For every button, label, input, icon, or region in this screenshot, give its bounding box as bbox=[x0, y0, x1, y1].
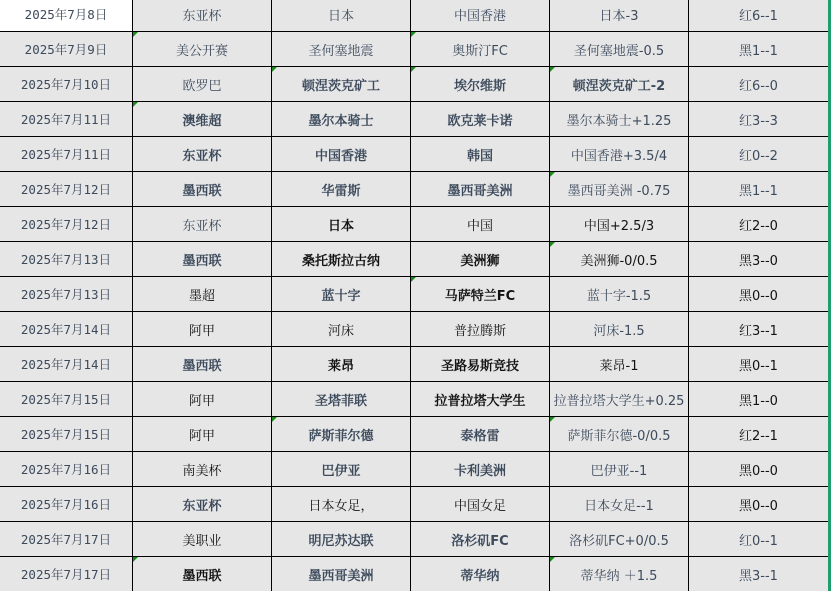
cell-league[interactable]: 欧罗巴 bbox=[133, 67, 272, 101]
cell-home[interactable]: 顿涅茨克矿工 bbox=[272, 67, 411, 101]
cell-handicap[interactable]: 莱昂-1 bbox=[550, 347, 689, 381]
cell-league[interactable]: 墨超 bbox=[133, 277, 272, 311]
comment-indicator-icon bbox=[133, 557, 138, 562]
table-row: 2025年7月10日 欧罗巴 顿涅茨克矿工 埃尔维斯 顿涅茨克矿工-2 红6--… bbox=[0, 67, 828, 102]
comment-indicator-icon bbox=[272, 67, 277, 72]
cell-result[interactable]: 红6--0 bbox=[689, 67, 828, 101]
comment-indicator-icon bbox=[133, 32, 138, 37]
cell-handicap[interactable]: 圣何塞地震-0.5 bbox=[550, 32, 689, 66]
cell-date[interactable]: 2025年7月13日 bbox=[0, 277, 133, 311]
table-row: 2025年7月15日 阿甲 圣塔菲联 拉普拉塔大学生 拉普拉塔大学生+0.25 … bbox=[0, 382, 828, 417]
table-row: 2025年7月15日 阿甲 萨斯菲尔德 泰格雷 萨斯菲尔德-0/0.5 红2--… bbox=[0, 417, 828, 452]
table-row: 2025年7月13日 墨西联 桑托斯拉古纳 美洲狮 美洲狮-0/0.5 黑3--… bbox=[0, 242, 828, 277]
cell-result[interactable]: 红0--2 bbox=[689, 137, 828, 171]
cell-date[interactable]: 2025年7月8日 bbox=[0, 0, 133, 31]
cell-league[interactable]: 美职业 bbox=[133, 522, 272, 556]
cell-home[interactable]: 莱昂 bbox=[272, 347, 411, 381]
cell-handicap[interactable]: 洛杉矶FC+0/0.5 bbox=[550, 522, 689, 556]
cell-text: 蒂华纳 ＋1.5 bbox=[581, 565, 658, 584]
cell-handicap[interactable]: 日本-3 bbox=[550, 0, 689, 31]
cell-date[interactable]: 2025年7月17日 bbox=[0, 522, 133, 556]
cell-away[interactable]: 马萨特兰FC bbox=[411, 277, 550, 311]
cell-home[interactable]: 华雷斯 bbox=[272, 172, 411, 206]
cell-result[interactable]: 黑0--0 bbox=[689, 487, 828, 521]
cell-away[interactable]: 欧克莱卡诺 bbox=[411, 102, 550, 136]
cell-result[interactable]: 黑1--1 bbox=[689, 172, 828, 206]
cell-handicap[interactable]: 蒂华纳 ＋1.5 bbox=[550, 557, 689, 591]
cell-text: 埃尔维斯 bbox=[454, 75, 506, 94]
cell-handicap[interactable]: 中国+2.5/3 bbox=[550, 207, 689, 241]
cell-handicap[interactable]: 巴伊亚--1 bbox=[550, 452, 689, 486]
cell-away[interactable]: 美洲狮 bbox=[411, 242, 550, 276]
cell-text: 墨西联 bbox=[182, 565, 221, 584]
cell-home[interactable]: 日本 bbox=[272, 207, 411, 241]
cell-away[interactable]: 拉普拉塔大学生 bbox=[411, 382, 550, 416]
cell-home[interactable]: 墨尔本骑士 bbox=[272, 102, 411, 136]
cell-date[interactable]: 2025年7月12日 bbox=[0, 207, 133, 241]
cell-handicap[interactable]: 日本女足--1 bbox=[550, 487, 689, 521]
cell-result[interactable]: 黑1--1 bbox=[689, 32, 828, 66]
cell-result[interactable]: 红6--1 bbox=[689, 0, 828, 31]
cell-text: 顿涅茨克矿工-2 bbox=[573, 75, 665, 94]
cell-handicap[interactable]: 拉普拉塔大学生+0.25 bbox=[550, 382, 689, 416]
cell-league[interactable]: 阿甲 bbox=[133, 417, 272, 451]
cell-home[interactable]: 圣何塞地震 bbox=[272, 32, 411, 66]
cell-date[interactable]: 2025年7月14日 bbox=[0, 312, 133, 346]
cell-league[interactable]: 美公开赛 bbox=[133, 32, 272, 66]
cell-away[interactable]: 奥斯汀FC bbox=[411, 32, 550, 66]
cell-date[interactable]: 2025年7月14日 bbox=[0, 347, 133, 381]
cell-result[interactable]: 黑0--0 bbox=[689, 277, 828, 311]
table-row: 2025年7月14日 墨西联 莱昂 圣路易斯竞技 莱昂-1 黑0--1 bbox=[0, 347, 828, 382]
cell-away[interactable]: 埃尔维斯 bbox=[411, 67, 550, 101]
cell-text: 萨斯菲尔德 bbox=[308, 425, 373, 444]
cell-home[interactable]: 日本女足， bbox=[272, 487, 411, 521]
cell-home[interactable]: 圣塔菲联 bbox=[272, 382, 411, 416]
cell-text: 顿涅茨克矿工 bbox=[302, 75, 380, 94]
table-row: 2025年7月12日 墨西联 华雷斯 墨西哥美洲 墨西哥美洲 -0.75 黑1-… bbox=[0, 172, 828, 207]
cell-date[interactable]: 2025年7月13日 bbox=[0, 242, 133, 276]
cell-result[interactable]: 红0--1 bbox=[689, 522, 828, 556]
cell-text: 马萨特兰FC bbox=[445, 285, 515, 304]
cell-away[interactable]: 中国 bbox=[411, 207, 550, 241]
cell-date[interactable]: 2025年7月9日 bbox=[0, 32, 133, 66]
cell-league[interactable]: 东亚杯 bbox=[133, 137, 272, 171]
cell-away[interactable]: 墨西哥美洲 bbox=[411, 172, 550, 206]
cell-league[interactable]: 墨西联 bbox=[133, 347, 272, 381]
cell-away[interactable]: 泰格雷 bbox=[411, 417, 550, 451]
cell-result[interactable]: 黑1--0 bbox=[689, 382, 828, 416]
cell-home[interactable]: 蓝十字 bbox=[272, 277, 411, 311]
cell-league[interactable]: 澳维超 bbox=[133, 102, 272, 136]
comment-indicator-icon bbox=[272, 417, 277, 422]
cell-result[interactable]: 黑0--1 bbox=[689, 347, 828, 381]
cell-home[interactable]: 中国香港 bbox=[272, 137, 411, 171]
cell-date[interactable]: 2025年7月11日 bbox=[0, 102, 133, 136]
cell-league[interactable]: 东亚杯 bbox=[133, 487, 272, 521]
cell-text: 萨斯菲尔德-0/0.5 bbox=[567, 425, 670, 444]
cell-handicap[interactable]: 墨西哥美洲 -0.75 bbox=[550, 172, 689, 206]
table-row: 2025年7月9日 美公开赛 圣何塞地震 奥斯汀FC 圣何塞地震-0.5 黑1-… bbox=[0, 32, 828, 67]
cell-away[interactable]: 韩国 bbox=[411, 137, 550, 171]
cell-handicap[interactable]: 美洲狮-0/0.5 bbox=[550, 242, 689, 276]
comment-indicator-icon bbox=[550, 557, 555, 562]
cell-date[interactable]: 2025年7月16日 bbox=[0, 487, 133, 521]
cell-away[interactable]: 卡利美洲 bbox=[411, 452, 550, 486]
cell-handicap[interactable]: 顿涅茨克矿工-2 bbox=[550, 67, 689, 101]
comment-indicator-icon bbox=[411, 67, 416, 72]
cell-date[interactable]: 2025年7月11日 bbox=[0, 137, 133, 171]
comment-indicator-icon bbox=[133, 102, 138, 107]
table-row: 2025年7月17日 墨西联 墨西哥美洲 蒂华纳 蒂华纳 ＋1.5 黑3--1 bbox=[0, 557, 828, 591]
comment-indicator-icon bbox=[550, 242, 555, 247]
table-row: 2025年7月11日 东亚杯 中国香港 韩国 中国香港+3.5/4 红0--2 bbox=[0, 137, 828, 172]
cell-league[interactable]: 墨西联 bbox=[133, 557, 272, 591]
cell-home[interactable]: 萨斯菲尔德 bbox=[272, 417, 411, 451]
cell-date[interactable]: 2025年7月10日 bbox=[0, 67, 133, 101]
cell-away[interactable]: 洛杉矶FC bbox=[411, 522, 550, 556]
cell-league[interactable]: 阿甲 bbox=[133, 312, 272, 346]
table-row: 2025年7月16日 东亚杯 日本女足， 中国女足 日本女足--1 黑0--0 bbox=[0, 487, 828, 522]
cell-away[interactable]: 圣路易斯竞技 bbox=[411, 347, 550, 381]
comment-indicator-icon bbox=[550, 172, 555, 177]
table-row: 2025年7月14日 阿甲 河床 普拉腾斯 河床-1.5 红3--1 bbox=[0, 312, 828, 347]
cell-handicap[interactable]: 墨尔本骑士+1.25 bbox=[550, 102, 689, 136]
cell-text: 美洲狮-0/0.5 bbox=[580, 250, 657, 269]
cell-league[interactable]: 东亚杯 bbox=[133, 0, 272, 31]
table-row: 2025年7月13日 墨超 蓝十字 马萨特兰FC 蓝十字-1.5 黑0--0 bbox=[0, 277, 828, 312]
cell-league[interactable]: 墨西联 bbox=[133, 242, 272, 276]
cell-home[interactable]: 日本 bbox=[272, 0, 411, 31]
cell-date[interactable]: 2025年7月16日 bbox=[0, 452, 133, 486]
table-row: 2025年7月16日 南美杯 巴伊亚 卡利美洲 巴伊亚--1 黑0--0 bbox=[0, 452, 828, 487]
table-row: 2025年7月12日 东亚杯 日本 中国 中国+2.5/3 红2--0 bbox=[0, 207, 828, 242]
cell-date[interactable]: 2025年7月17日 bbox=[0, 557, 133, 591]
cell-away[interactable]: 中国女足 bbox=[411, 487, 550, 521]
cell-home[interactable]: 桑托斯拉古纳 bbox=[272, 242, 411, 276]
cell-result[interactable]: 红2--1 bbox=[689, 417, 828, 451]
comment-indicator-icon bbox=[411, 32, 416, 37]
cell-home[interactable]: 巴伊亚 bbox=[272, 452, 411, 486]
cell-home[interactable]: 河床 bbox=[272, 312, 411, 346]
cell-result[interactable]: 黑3--1 bbox=[689, 557, 828, 591]
cell-text: 澳维超 bbox=[182, 110, 221, 129]
cell-result[interactable]: 黑0--0 bbox=[689, 452, 828, 486]
cell-league[interactable]: 东亚杯 bbox=[133, 207, 272, 241]
cell-home[interactable]: 墨西哥美洲 bbox=[272, 557, 411, 591]
cell-date[interactable]: 2025年7月15日 bbox=[0, 382, 133, 416]
cell-handicap[interactable]: 蓝十字-1.5 bbox=[550, 277, 689, 311]
cell-handicap[interactable]: 河床-1.5 bbox=[550, 312, 689, 346]
cell-away[interactable]: 普拉腾斯 bbox=[411, 312, 550, 346]
cell-league[interactable]: 南美杯 bbox=[133, 452, 272, 486]
cell-result[interactable]: 红3--3 bbox=[689, 102, 828, 136]
table-row: 2025年7月8日 东亚杯 日本 中国香港 日本-3 红6--1 bbox=[0, 0, 828, 32]
table-row: 2025年7月17日 美职业 明尼苏达联 洛杉矶FC 洛杉矶FC+0/0.5 红… bbox=[0, 522, 828, 557]
cell-date[interactable]: 2025年7月12日 bbox=[0, 172, 133, 206]
cell-away[interactable]: 中国香港 bbox=[411, 0, 550, 31]
cell-league[interactable]: 墨西联 bbox=[133, 172, 272, 206]
comment-indicator-icon bbox=[550, 417, 555, 422]
cell-away[interactable]: 蒂华纳 bbox=[411, 557, 550, 591]
cell-handicap[interactable]: 萨斯菲尔德-0/0.5 bbox=[550, 417, 689, 451]
cell-text: 奥斯汀FC bbox=[452, 40, 508, 59]
cell-result[interactable]: 红3--1 bbox=[689, 312, 828, 346]
table-row: 2025年7月11日 澳维超 墨尔本骑士 欧克莱卡诺 墨尔本骑士+1.25 红3… bbox=[0, 102, 828, 137]
cell-text: 墨西哥美洲 -0.75 bbox=[568, 180, 671, 199]
comment-indicator-icon bbox=[550, 67, 555, 72]
cell-league[interactable]: 阿甲 bbox=[133, 382, 272, 416]
cell-home[interactable]: 明尼苏达联 bbox=[272, 522, 411, 556]
cell-text: 美公开赛 bbox=[176, 40, 228, 59]
cell-result[interactable]: 红2--0 bbox=[689, 207, 828, 241]
comment-indicator-icon bbox=[411, 277, 416, 282]
cell-handicap[interactable]: 中国香港+3.5/4 bbox=[550, 137, 689, 171]
cell-date[interactable]: 2025年7月15日 bbox=[0, 417, 133, 451]
spreadsheet-grid: 2025年7月8日 东亚杯 日本 中国香港 日本-3 红6--1 2025年7月… bbox=[0, 0, 828, 591]
cell-result[interactable]: 黑3--0 bbox=[689, 242, 828, 276]
